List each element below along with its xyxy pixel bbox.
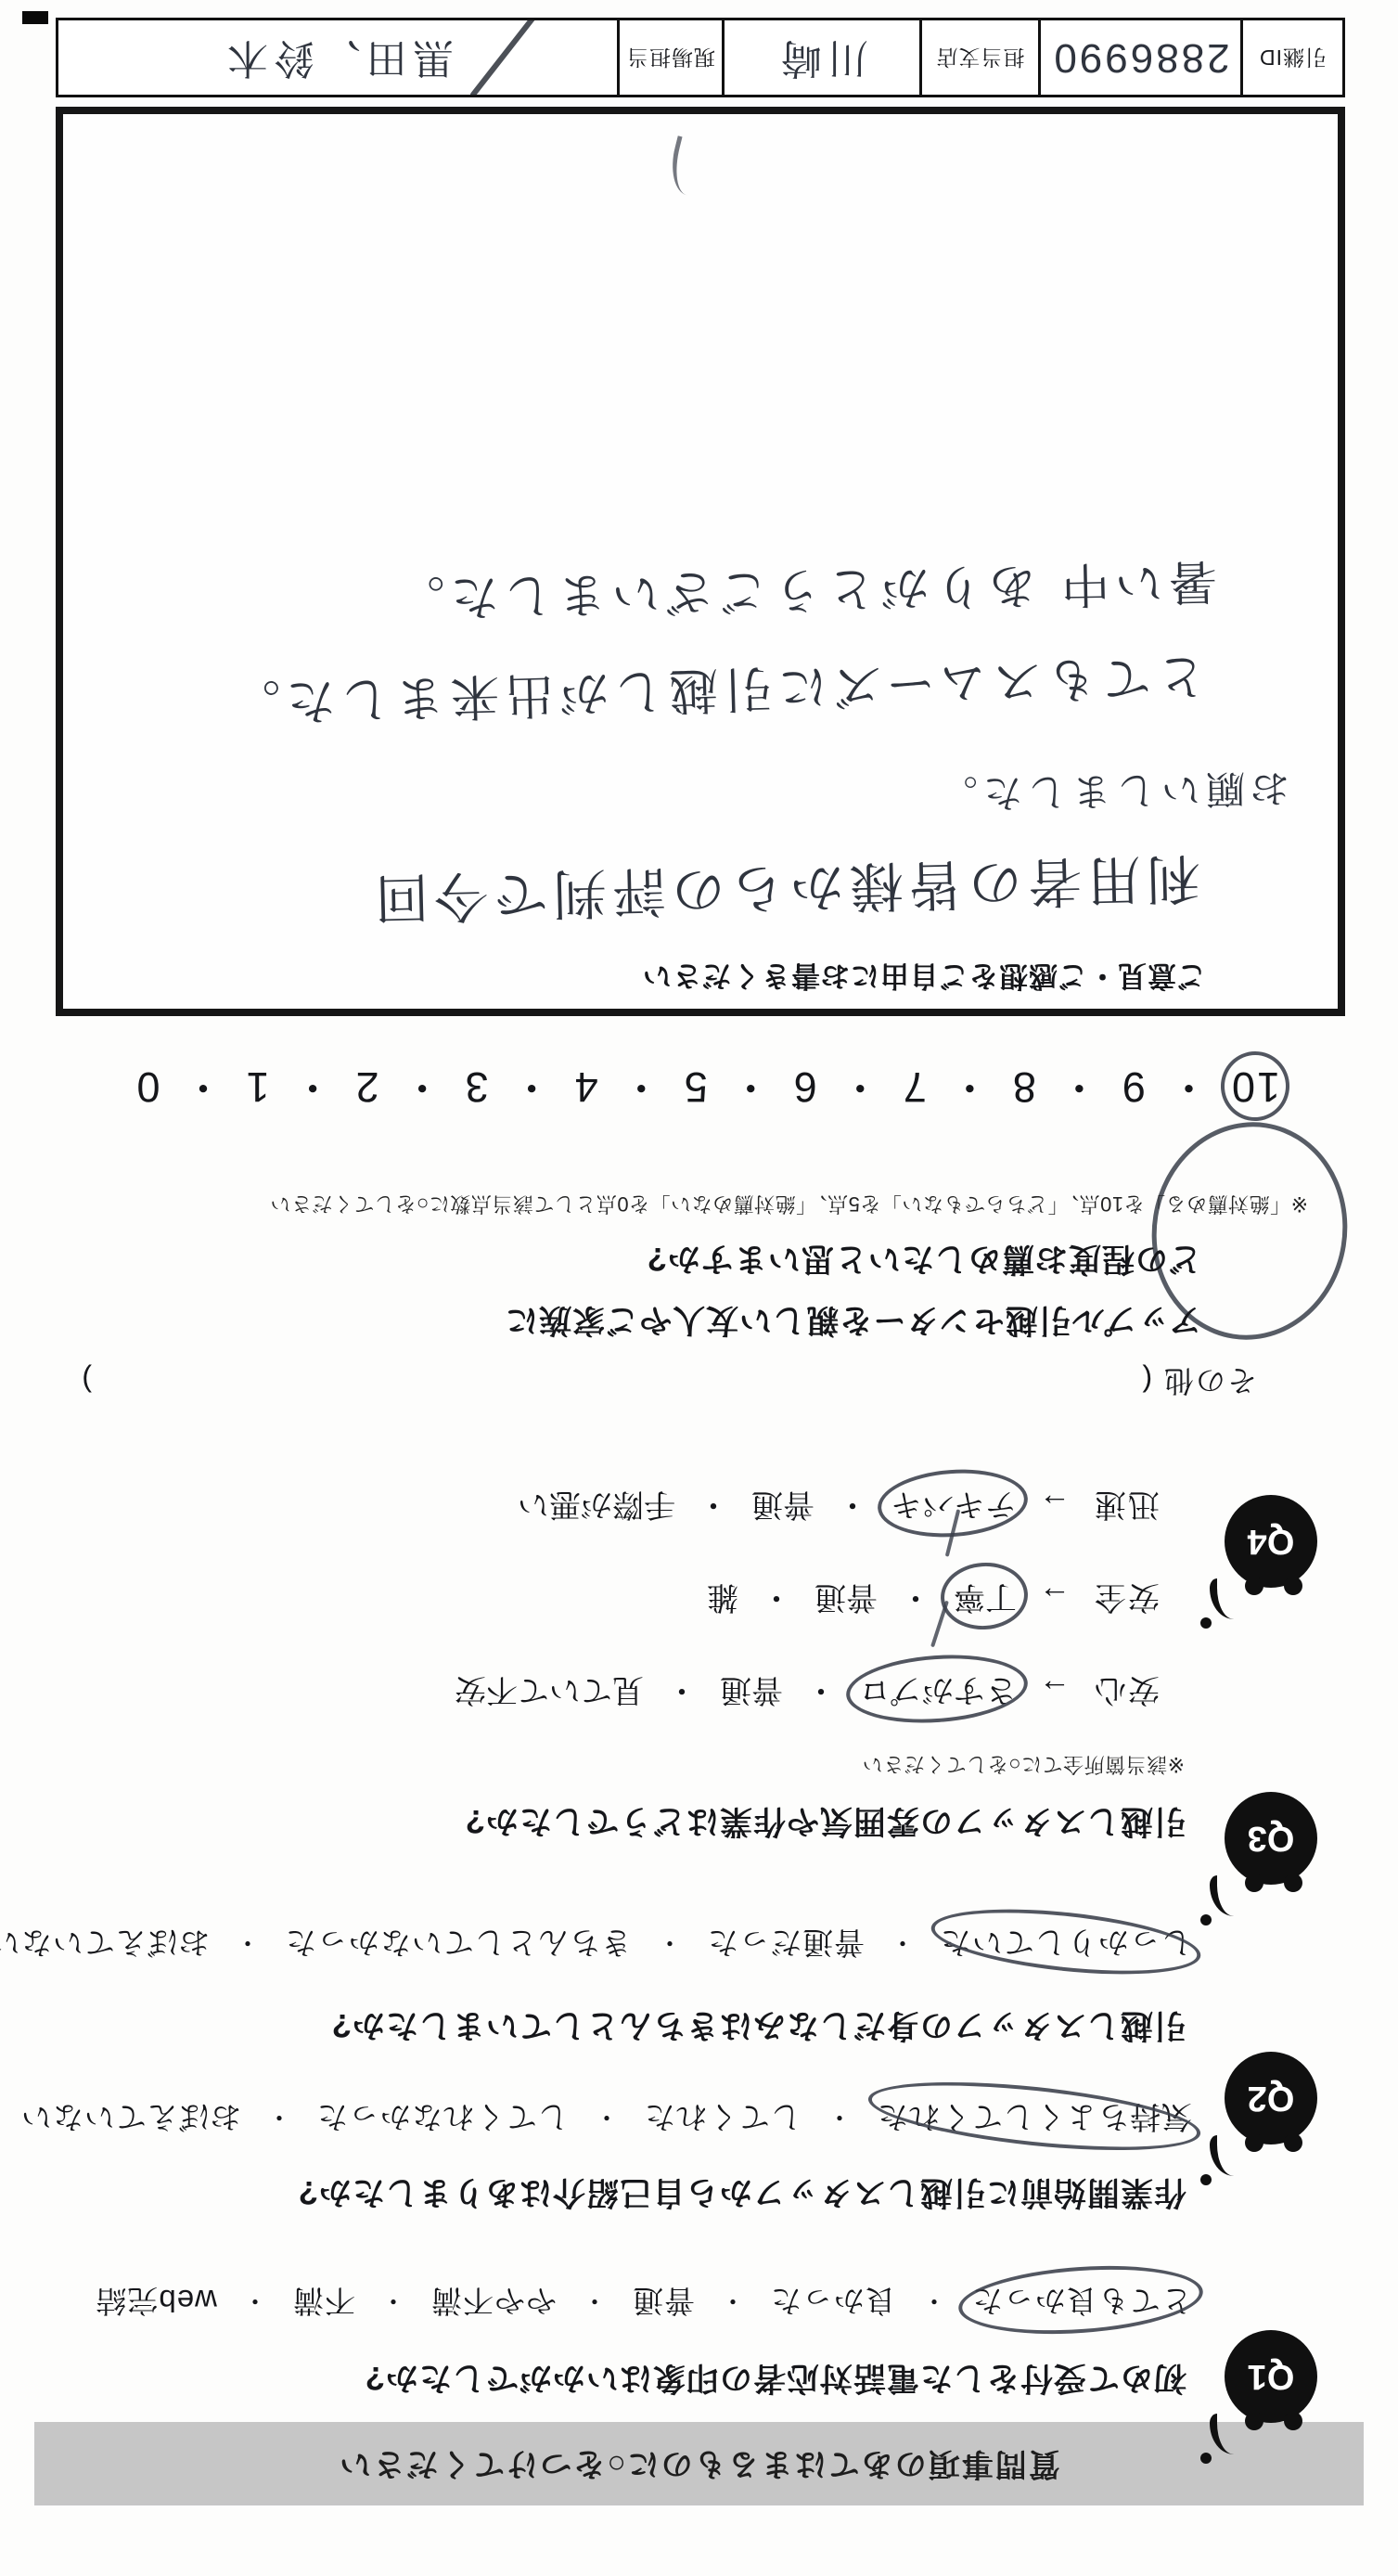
q4-note-badge-icon: Q4 — [1225, 1495, 1317, 1588]
comment-box: ご意見・ご感想をご自由にお書きください 利用者の皆様からの評判で今回 お願いしま… — [56, 107, 1345, 1016]
scale-value: 5 — [683, 1066, 708, 1108]
stray-pen-mark — [664, 135, 706, 197]
arrow-icon: → — [1039, 1581, 1071, 1613]
option-separator: ・ — [761, 1581, 792, 1613]
badge-ear-icon — [1284, 2133, 1302, 2152]
q1-option: 不満 — [292, 2286, 355, 2316]
scale-separator: ・ — [1057, 1066, 1100, 1108]
option-separator: ・ — [698, 1488, 729, 1520]
q1-option: やや不満 — [430, 2286, 557, 2316]
scale-value: 9 — [1121, 1066, 1146, 1108]
q1-question-text: 初めて受付をした電話対応者の印象はいかがでしたか? — [365, 2362, 1186, 2394]
comment-box-label: ご意見・ご感想をご自由にお書きください — [642, 961, 1206, 990]
scale-value: 8 — [1011, 1066, 1036, 1108]
scale-value: 2 — [354, 1066, 379, 1108]
option-separator: ・ — [719, 2288, 746, 2314]
badge-ear-icon — [1284, 2412, 1302, 2430]
badge-flag-icon — [1210, 1578, 1241, 1619]
scale-separator: ・ — [838, 1066, 881, 1108]
q1-option: web完結 — [95, 2286, 217, 2316]
q2-option: してくれた — [644, 2102, 802, 2132]
branch-label: 担当支店 — [922, 20, 1041, 95]
option-separator: ・ — [837, 1488, 868, 1520]
badge-dot-icon — [1200, 2453, 1212, 2464]
scale-separator: ・ — [1166, 1066, 1210, 1108]
handover-id-value: 2886990 — [1041, 20, 1243, 95]
q3-badge-label: Q3 — [1248, 1821, 1295, 1856]
q4-other-label: その他 ( — [1140, 1366, 1257, 1396]
q1-note-badge-icon: Q1 — [1225, 2330, 1317, 2423]
q3-note-badge-icon: Q3 — [1225, 1792, 1317, 1885]
scale-separator: ・ — [728, 1066, 772, 1108]
q2-option-selected: 気持ちよくしてくれた — [877, 2102, 1192, 2132]
option-separator: ・ — [920, 2288, 947, 2314]
q4-row-selected: さすがプロ — [859, 1674, 1017, 1706]
q1-option: 普通 — [632, 2286, 695, 2316]
scale-separator: ・ — [509, 1066, 553, 1108]
survey-title-text: 質問事項のあてはまるものに○をつけてください — [338, 2448, 1060, 2479]
q3-question-text: 引越しスタッフの身だしなみはきちんとしていましたか? — [331, 2009, 1186, 2041]
q4-question-text: 引越しスタッフの雰囲気や作業はどうでしたか? — [465, 1805, 1186, 1837]
q1-badge-label: Q1 — [1248, 2359, 1295, 2394]
option-separator: ・ — [241, 2288, 268, 2314]
q3-option-selected: しっかりしていた — [940, 1927, 1192, 1958]
q5-rating-scale: 10 ・ 9 ・ 8 ・ 7 ・ 6 ・ 5 ・ 4 ・ 3 ・ 2 ・ 1 ・… — [135, 1066, 1280, 1108]
option-separator: ・ — [234, 1930, 261, 1956]
handwritten-comment-line: 暑い中 ありがとうございました。 — [391, 557, 1217, 623]
option-separator: ・ — [889, 1930, 916, 1956]
q4-other-close-paren: ) — [82, 1366, 92, 1396]
handover-id-label: 引継ID — [1243, 20, 1342, 95]
scale-value: 3 — [464, 1066, 489, 1108]
q4-row-option: 普通 — [720, 1674, 783, 1706]
option-separator: ・ — [805, 1674, 837, 1706]
badge-ear-icon — [1284, 1577, 1302, 1595]
option-separator: ・ — [593, 2105, 620, 2131]
signature-flourish-stroke — [469, 20, 536, 95]
badge-flag-icon — [1210, 1875, 1241, 1916]
q2-options-row: 気持ちよくしてくれた ・ してくれた ・ してくれなかった ・ おぼえていない — [20, 2102, 1192, 2132]
q4-instruction-note: ※該当箇所全てに○をしてください — [862, 1754, 1185, 1774]
q3-option: 普通だった — [707, 1927, 865, 1958]
badge-ear-icon — [1245, 2133, 1263, 2152]
option-separator: ・ — [900, 1581, 931, 1613]
scale-separator: ・ — [400, 1066, 443, 1108]
badge-dot-icon — [1200, 1914, 1212, 1926]
badge-flag-icon — [1210, 2135, 1241, 2176]
badge-ear-icon — [1245, 2412, 1263, 2430]
q1-options-row: とても良かった ・ 良かった ・ 普通 ・ やや不満 ・ 不満 ・ web完結 — [95, 2286, 1192, 2316]
q4-row-option: 手際が悪い — [518, 1488, 675, 1520]
badge-ear-icon — [1245, 1577, 1263, 1595]
handover-info-table: 引継ID 2886990 担当支店 川崎 現場担当 黒田、鈴木 — [56, 18, 1345, 97]
arrow-icon: → — [1039, 1674, 1071, 1706]
q4-row-label: 迅速 — [1093, 1488, 1160, 1520]
scanned-survey-page: 質問事項のあてはまるものに○をつけてください Q1 初めて受付をした電話対応者の… — [0, 0, 1398, 2576]
q4-row-selected: テキパキ — [891, 1488, 1017, 1520]
q2-option: おぼえていない — [20, 2102, 241, 2132]
scale-separator: ・ — [290, 1066, 334, 1108]
option-separator: ・ — [666, 1674, 698, 1706]
scale-separator: ・ — [619, 1066, 662, 1108]
q4-badge-label: Q4 — [1248, 1524, 1295, 1559]
q2-option: してくれなかった — [316, 2102, 569, 2132]
q4-row-option: 普通 — [814, 1581, 878, 1613]
handwritten-comment-line: お願いしました。 — [933, 768, 1290, 814]
q2-badge-label: Q2 — [1248, 2080, 1295, 2116]
q4-row-anshin: 安心 → さすがプロ ・ 普通 ・ 見ていて不安 — [455, 1674, 1160, 1706]
badge-dot-icon — [1200, 2174, 1212, 2185]
signature-text: 黒田、鈴木 — [222, 37, 454, 78]
badge-ear-icon — [1284, 1874, 1302, 1892]
document-rotated-180: 質問事項のあてはまるものに○をつけてください Q1 初めて受付をした電話対応者の… — [0, 0, 1398, 2576]
q4-row-label: 安全 — [1093, 1581, 1160, 1613]
q1-option-selected: とても良かった — [971, 2286, 1192, 2316]
option-separator: ・ — [826, 2105, 853, 2131]
option-separator: ・ — [379, 2288, 406, 2314]
q3-option: きちんとしていなかった — [285, 1927, 632, 1958]
q4-row-selected: 丁寧 — [954, 1581, 1017, 1613]
q2-note-badge-icon: Q2 — [1225, 2052, 1317, 2145]
option-separator: ・ — [265, 2105, 292, 2131]
q3-option: おぼえていない — [0, 1927, 210, 1958]
scale-value: 7 — [902, 1066, 927, 1108]
site-manager-signature: 黒田、鈴木 — [58, 20, 620, 95]
q2-question-text: 作業開始前に引越しスタッフから自己紹介はありましたか? — [298, 2176, 1186, 2209]
scan-artifact — [22, 11, 48, 24]
scale-value: 4 — [573, 1066, 598, 1108]
q4-row-label: 安心 — [1093, 1674, 1160, 1706]
q4-row-option: 雑 — [707, 1581, 738, 1613]
q4-row-option: 見ていて不安 — [455, 1674, 644, 1706]
handwritten-comment-line: 利用者の皆様からの評判で今回 — [368, 850, 1200, 924]
option-separator: ・ — [581, 2288, 608, 2314]
badge-dot-icon — [1200, 1617, 1212, 1629]
site-manager-label: 現場担当 — [620, 20, 725, 95]
scale-value-selected: 10 — [1230, 1066, 1280, 1108]
scale-value: 6 — [792, 1066, 817, 1108]
q5-question-line2: どの程度お薦めしたいと思いますか? — [647, 1243, 1201, 1275]
scale-value: 0 — [135, 1066, 160, 1108]
badge-ear-icon — [1245, 1874, 1263, 1892]
q5-question-line1: アップル引越センターを親しい友人やご家族に — [505, 1304, 1201, 1336]
scale-value: 1 — [245, 1066, 270, 1108]
q4-row-option: 普通 — [751, 1488, 814, 1520]
q4-row-jinsoku: 迅速 → テキパキ ・ 普通 ・ 手際が悪い — [518, 1488, 1160, 1520]
q4-row-anzen: 安全 → 丁寧 ・ 普通 ・ 雑 — [707, 1581, 1160, 1613]
handwritten-comment-line: とてもスムーズに引越しが出来ました。 — [225, 650, 1207, 727]
survey-title-banner: 質問事項のあてはまるものに○をつけてください — [34, 2422, 1364, 2505]
q5-instruction-note: ※「絶対薦める」を10点、「どちらでもない」を5点、「絶対薦めない」を0点として… — [270, 1193, 1308, 1214]
option-separator: ・ — [656, 1930, 683, 1956]
arrow-icon: → — [1039, 1488, 1071, 1520]
scale-separator: ・ — [947, 1066, 991, 1108]
q3-options-row: しっかりしていた ・ 普通だった ・ きちんとしていなかった ・ おぼえていない — [0, 1927, 1192, 1958]
q1-option: 良かった — [770, 2286, 896, 2316]
scale-separator: ・ — [181, 1066, 224, 1108]
branch-value: 川崎 — [725, 20, 922, 95]
